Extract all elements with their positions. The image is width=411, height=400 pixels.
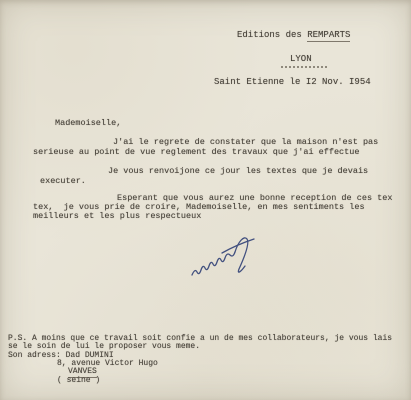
- handwritten-signature: [186, 228, 282, 286]
- body-line: Je vous renvoijone ce jour les textes qu…: [108, 166, 368, 176]
- letter-page: Editions des REMPARTS LYON Saint Etienne…: [0, 0, 411, 400]
- body-line: J'ai le regrete de constater que la mais…: [113, 137, 378, 147]
- city-underline-rule: [281, 66, 327, 68]
- publisher-name: Editions des REMPARTS: [237, 30, 350, 40]
- salutation: Mademoiselle,: [55, 118, 121, 128]
- publisher-name-underlined: REMPARTS: [307, 30, 350, 42]
- body-line: executer.: [40, 176, 86, 186]
- address-region: ( seine ): [57, 376, 100, 385]
- body-line: meilleurs et les plus respectueux: [33, 211, 201, 221]
- publisher-city: LYON: [290, 54, 312, 64]
- body-line: serieuse au point de vue reglement des t…: [33, 147, 359, 157]
- dateline: Saint Etienne le I2 Nov. I954: [214, 77, 371, 87]
- publisher-prefix: Editions des: [237, 30, 307, 40]
- postscript-line: se le soin de lui le proposer vous meme.: [8, 342, 200, 351]
